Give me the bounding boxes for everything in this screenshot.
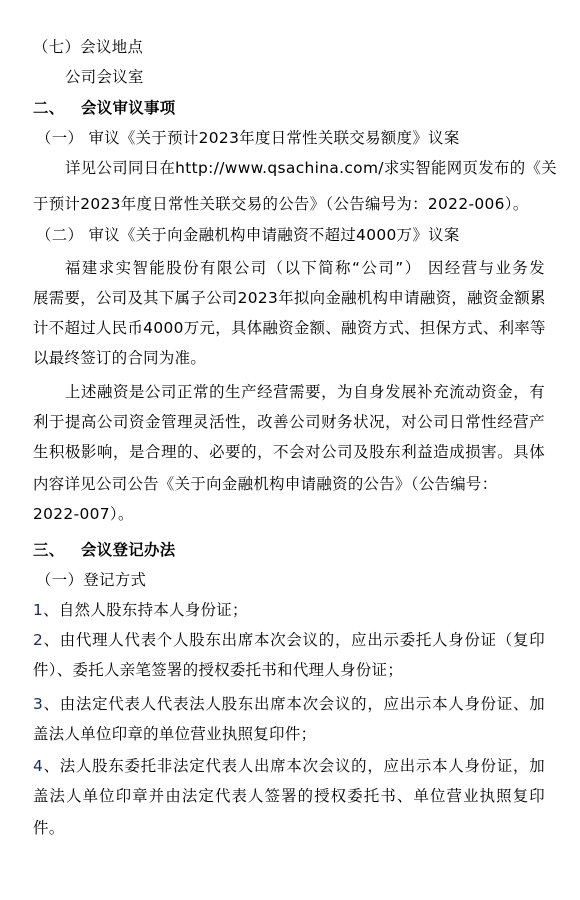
section-number: 三、 <box>33 540 81 560</box>
subsection-heading-meeting-location: （七）会议地点 <box>33 37 545 57</box>
list-item-continuation: 盖法人单位印章并由法定代表人签署的授权委托书、单位营业执照复印 <box>33 786 545 806</box>
list-item-continuation: 件）、委托人亲笔签署的授权委托书和代理人身份证； <box>33 660 545 680</box>
list-number: 1 <box>33 601 43 619</box>
list-item-text: 、自然人股东持本人身份证； <box>43 601 248 619</box>
paragraph-line: 于预计2023年度日常性关联交易的公告》（公告编号为：2022-006）。 <box>33 194 545 214</box>
paragraph-line: 内容详见公司公告《关于向金融机构申请融资的公告》（公告编号： <box>33 474 545 494</box>
list-item: 4、法人股东委托非法定代表人出席本次会议的，应出示本人身份证，加 <box>33 756 545 776</box>
paragraph-line: 2022-007）。 <box>33 504 545 524</box>
registration-method-heading: （一）登记方式 <box>36 570 548 590</box>
document-page: （七）会议地点 公司会议室 二、会议审议事项 （一） 审议《关于预计2023年度… <box>0 0 580 900</box>
section-title: 会议审议事项 <box>81 99 175 117</box>
list-item: 2、由代理人代表个人股东出席本次会议的，应出示委托人身份证（复印 <box>33 630 545 650</box>
list-number: 3 <box>33 695 43 713</box>
paragraph-line: 详见公司同日在http://www.qsachina.com/求实智能网页发布的… <box>65 158 545 178</box>
paragraph-line: 利于提高公司资金管理灵活性，改善公司财务状况，对公司日常性经营产 <box>33 412 545 432</box>
list-item-continuation: 盖法人单位印章的单位营业执照复印件； <box>33 724 545 744</box>
paragraph-line: 以最终签订的合同为准。 <box>33 348 545 368</box>
list-item: 1、自然人股东持本人身份证； <box>33 600 545 620</box>
list-item-text: 、法人股东委托非法定代表人出席本次会议的，应出示本人身份证，加 <box>43 757 545 775</box>
section-title: 会议登记办法 <box>81 541 175 559</box>
section-heading-3: 三、会议登记办法 <box>33 540 545 560</box>
paragraph-line: 生积极影响，是合理的、必要的，不会对公司及股东利益造成损害。具体 <box>33 442 545 462</box>
list-number: 2 <box>33 631 43 649</box>
list-item-text: 、由代理人代表个人股东出席本次会议的，应出示委托人身份证（复印 <box>43 631 545 649</box>
proposal-2-heading: （二） 审议《关于向金融机构申请融资不超过4000万》议案 <box>36 225 548 245</box>
proposal-1-heading: （一） 审议《关于预计2023年度日常性关联交易额度》议案 <box>36 128 548 148</box>
paragraph-line: 展需要，公司及其下属子公司2023年拟向金融机构申请融资，融资金额累 <box>33 288 545 308</box>
paragraph-line: 福建求实智能股份有限公司（以下简称“公司”） 因经营与业务发 <box>65 258 545 278</box>
section-heading-2: 二、会议审议事项 <box>33 98 545 118</box>
list-number: 4 <box>33 757 43 775</box>
section-number: 二、 <box>33 98 81 118</box>
paragraph-line: 计不超过人民币4000万元，具体融资金额、融资方式、担保方式、利率等 <box>33 318 545 338</box>
list-item-text: 、由法定代表人代表法人股东出席本次会议的，应出示本人身份证、加 <box>43 695 545 713</box>
meeting-location-value: 公司会议室 <box>65 67 577 87</box>
paragraph-line: 上述融资是公司正常的生产经营需要，为自身发展补充流动资金，有 <box>65 382 545 402</box>
list-item: 3、由法定代表人代表法人股东出席本次会议的，应出示本人身份证、加 <box>33 694 545 714</box>
list-item-continuation: 件。 <box>33 818 545 838</box>
